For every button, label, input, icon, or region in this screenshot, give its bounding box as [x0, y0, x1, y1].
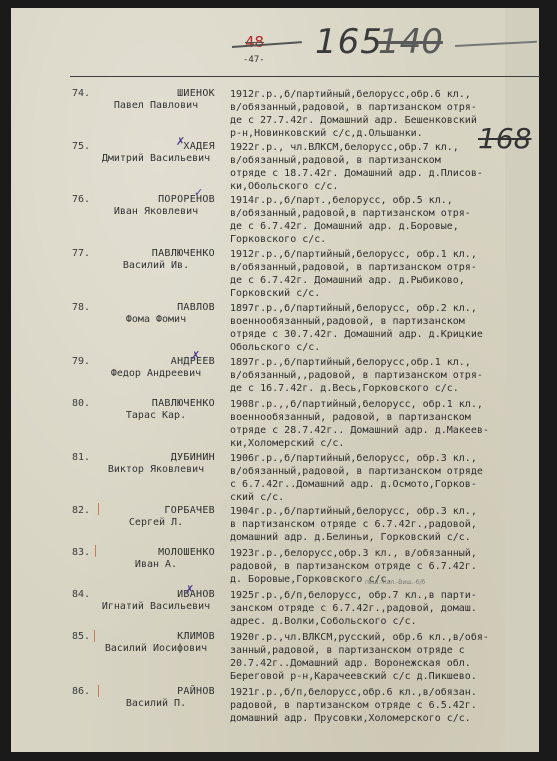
entry-number: 86. [72, 686, 90, 697]
entry-given-names: Фома Фомич [96, 314, 216, 325]
entry-number: 78. [72, 302, 90, 313]
entry-number: 84. [72, 589, 90, 600]
entry-given-names: Федор Андреевич [96, 368, 216, 379]
header-rule [70, 76, 540, 77]
entry-number: 79. [72, 356, 90, 367]
entry-description: 1920г.р.,чл.ВЛКСМ,русский, обр.6 кл.,в/о… [230, 631, 522, 683]
entry-given-names: Сергей Л. [96, 517, 216, 528]
entry-number: 74. [72, 88, 90, 99]
entry-surname: ГОРБАЧЕВ [100, 505, 215, 516]
old-page-number: 48 [245, 33, 264, 51]
entry-number: 77. [72, 248, 90, 259]
entry-given-names: Дмитрий Васильевич [96, 153, 216, 164]
check-mark-icon: ✗ [191, 349, 200, 362]
entry-surname: КЛИМОВ [100, 631, 215, 642]
check-mark-icon: ✗ [185, 583, 194, 596]
entry-surname: ШИЕНОК [100, 88, 215, 99]
pencil-page-number: 165 [315, 22, 383, 62]
entry-description: 1912г.р.,б/партийный,белорусс,обр.6 кл.,… [230, 88, 522, 140]
entry-given-names: Иван Яковлевич [96, 206, 216, 217]
entry-given-names: Тарас Кар. [96, 410, 216, 421]
entry-number: 85. [72, 631, 90, 642]
entry-number: 80. [72, 398, 90, 409]
entry-description: 1912г.р.,б/партийный,белорусс, обр.1 кл.… [230, 248, 522, 300]
check-mark-icon: ✓ [194, 186, 203, 199]
typed-page-number: -47- [243, 55, 265, 65]
entry-given-names: Василий П. [96, 698, 216, 709]
entry-surname: ИВАНОВ [100, 589, 215, 600]
entry-surname: ДУБИНИН [100, 452, 215, 463]
handwritten-annotation: пиш.-Кал.-Виш.-б/б [365, 579, 425, 586]
entry-description: 1925г.р.,б/п,белорусс, обр.7 кл.,в парти… [230, 589, 522, 628]
entry-given-names: Иван А. [96, 559, 216, 570]
check-mark-icon: ✗ [176, 135, 185, 148]
entry-description: 1897г.р.,б/партийный,белорусс,обр.1 кл.,… [230, 356, 522, 395]
entry-description: 1921г.р.,б/п,белорусс,обр.6 кл.,в/обязан… [230, 686, 522, 725]
pencil-page-number-struck: 140 [378, 22, 443, 62]
margin-mark [98, 503, 99, 515]
entry-given-names: Павел Павлович [96, 100, 216, 111]
entry-description: 1908г.р.,,б/партийный,белорусс, обр.1 кл… [230, 398, 522, 450]
entry-surname: ХАДЕЯ [100, 141, 215, 152]
entry-surname: ПАВЛЮЧЕНКО [100, 248, 215, 259]
entry-number: 75. [72, 141, 90, 152]
entry-surname: РАЙНОВ [100, 686, 215, 697]
entry-description: 1922г.р., чл.ВЛКСМ,белорусс,обр.7 кл., в… [230, 141, 522, 193]
entry-number: 83. [72, 547, 90, 558]
entry-surname: ПАВЛЮЧЕНКО [100, 398, 215, 409]
entry-given-names: Виктор Яковлевич [96, 464, 216, 475]
entry-description: 1906г.р.,б/партийный,белорусс, обр.3 кл.… [230, 452, 522, 504]
entry-given-names: Игнатий Васильевич [96, 601, 216, 612]
margin-mark [94, 630, 95, 642]
margin-mark [95, 545, 96, 557]
entry-description: 1897г.р.,б/партийный,белорусс, обр.2 кл.… [230, 302, 522, 354]
entry-surname: ПАВЛОВ [100, 302, 215, 313]
entry-surname: МОЛОШЕНКО [100, 547, 215, 558]
entry-number: 81. [72, 452, 90, 463]
entry-number: 82. [72, 505, 90, 516]
entry-given-names: Василий Ив. [96, 260, 216, 271]
entry-number: 76. [72, 194, 90, 205]
entry-description: 1904г.р.,б/партийный,белорусс, обр.3 кл.… [230, 505, 522, 544]
entry-description: 1914г.р.,б/парт.,белорусс, обр.5 кл., в/… [230, 194, 522, 246]
margin-mark [98, 685, 99, 697]
entry-given-names: Василий Иосифович [96, 643, 216, 654]
